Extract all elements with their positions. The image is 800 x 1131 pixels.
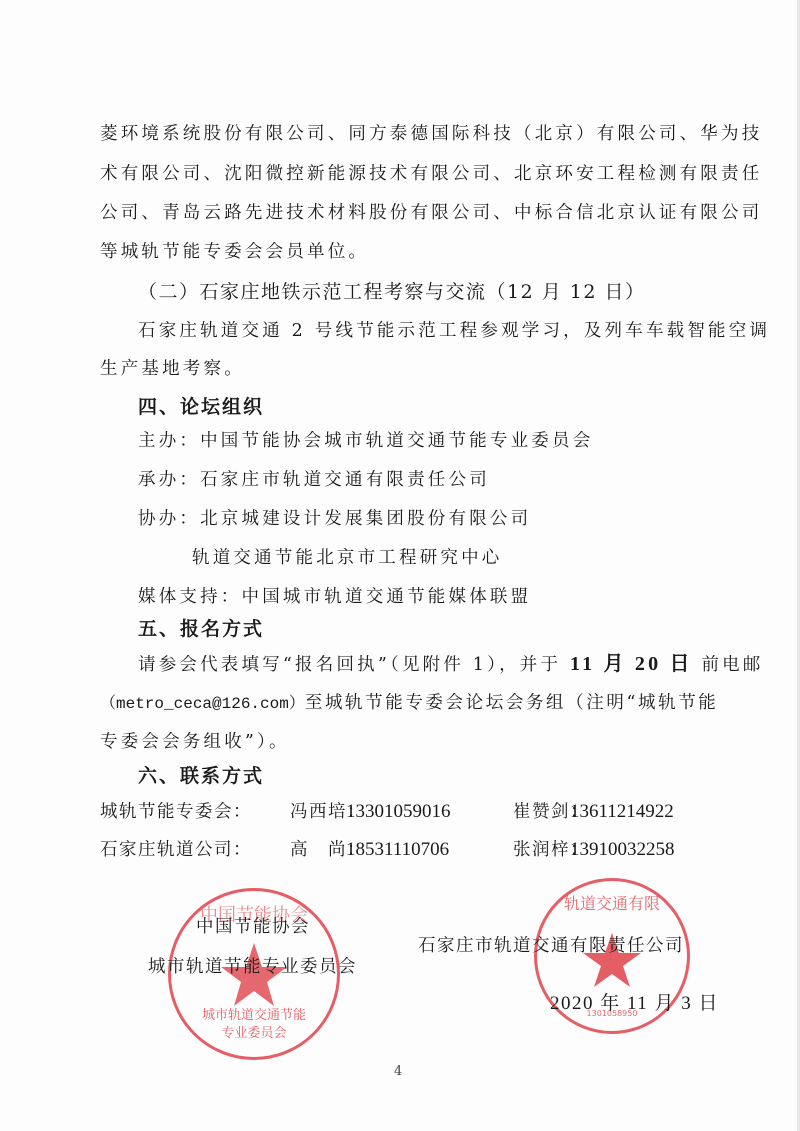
paragraph-line: 术有限公司、沈阳微控新能源技术有限公司、北京环安工程检测有限责任 — [100, 162, 762, 186]
right-signature-line1: 石家庄市轨道交通有限责任公司 — [418, 932, 684, 957]
organizer-item: 承办：石家庄市轨道交通有限责任公司 — [138, 468, 490, 492]
organizer-value: 中国城市轨道交通节能媒体联盟 — [242, 587, 532, 607]
organizer-value: 轨道交通节能北京市工程研究中心 — [192, 548, 503, 568]
text-span: 至城轨节能专委会论坛会务组（注明“城轨节能 — [305, 693, 719, 713]
section-title: 四、论坛组织 — [138, 395, 264, 419]
contact-phone: 18531110706 — [346, 838, 449, 862]
section-title: 五、报名方式 — [138, 617, 264, 641]
email-link[interactable]: （metro_ceca@126.com） — [100, 695, 305, 713]
organizer-label: 主办： — [138, 431, 200, 451]
section-title: 六、联系方式 — [138, 764, 264, 788]
contact-org: 石家庄轨道公司： — [100, 838, 252, 862]
organizer-label: 承办： — [138, 470, 200, 490]
organizer-label: 媒体支持： — [138, 587, 242, 607]
organizer-item: 媒体支持：中国城市轨道交通节能媒体联盟 — [138, 585, 531, 609]
contact-phone: 13611214922 — [570, 800, 674, 824]
document-page: 菱环境系统股份有限公司、同方泰德国际科技（北京）有限公司、华为技 术有限公司、沈… — [0, 0, 800, 1131]
text-span: 前电邮 — [701, 655, 763, 675]
paragraph-line: 生产基地考察。 — [100, 357, 245, 381]
organizer-item: 协办：北京城建设计发展集团股份有限公司 — [138, 507, 531, 531]
contact-phone: 13301059016 — [346, 800, 451, 824]
organizer-item: 主办：中国节能协会城市轨道交通节能专业委员会 — [138, 429, 593, 453]
text-span: 请参会代表填写“报名回执”（见附件 1），并于 — [138, 655, 561, 675]
contact-phone: 13910032258 — [570, 838, 675, 862]
organizer-item: 轨道交通节能北京市工程研究中心 — [192, 546, 503, 570]
contact-org: 城轨节能专委会： — [100, 800, 252, 824]
organizer-value: 北京城建设计发展集团股份有限公司 — [200, 509, 531, 529]
paragraph-line: 石家庄轨道交通 2 号线节能示范工程参观学习，及列车车载智能空调 — [138, 319, 770, 343]
paragraph-line: 专委会会务组收”）。 — [100, 730, 290, 754]
subsection-title: （二）石家庄地铁示范工程考察与交流（12 月 12 日） — [138, 280, 645, 304]
organizer-value: 中国节能协会城市轨道交通节能专业委员会 — [200, 431, 593, 451]
page-number: 4 — [394, 1064, 402, 1079]
paragraph-line: 请参会代表填写“报名回执”（见附件 1），并于 11 月 20 日 前电邮 — [138, 652, 764, 677]
paragraph-line: 等城轨节能专委会会员单位。 — [100, 240, 369, 264]
organizer-label: 协办： — [138, 509, 200, 529]
left-signature-line2: 城市轨道节能专业委员会 — [148, 953, 357, 978]
svg-text:轨道交通有限: 轨道交通有限 — [564, 894, 660, 913]
paragraph-line: 公司、青岛云路先进技术材料股份有限公司、中标合信北京认证有限公司 — [100, 201, 762, 225]
paragraph-line: 菱环境系统股份有限公司、同方泰德国际科技（北京）有限公司、华为技 — [100, 122, 762, 146]
signature-date: 2020 年 11 月 3 日 — [550, 988, 719, 1015]
organizer-value: 石家庄市轨道交通有限责任公司 — [200, 470, 490, 490]
svg-text:专业委员会: 专业委员会 — [221, 1025, 286, 1041]
svg-text:城市轨道交通节能: 城市轨道交通节能 — [202, 1007, 306, 1023]
deadline-date: 11 月 20 日 — [570, 653, 693, 675]
paragraph-line: （metro_ceca@126.com）至城轨节能专委会论坛会务组（注明“城轨节… — [100, 691, 718, 716]
left-signature-line1: 中国节能协会 — [196, 913, 310, 938]
